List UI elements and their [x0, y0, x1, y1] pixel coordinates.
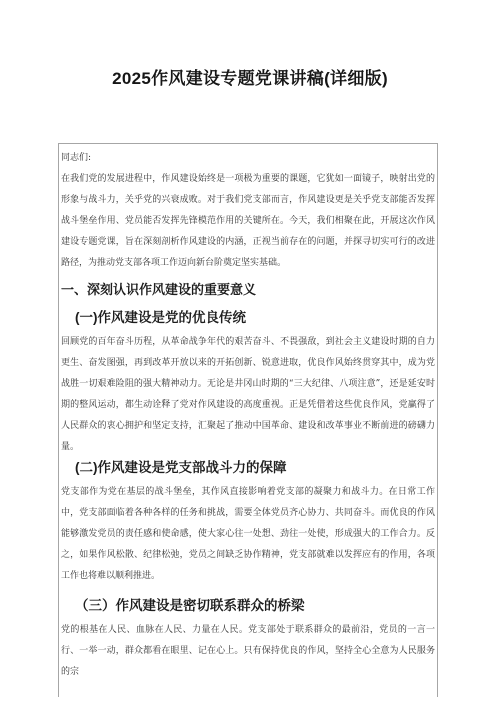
content-border-box: 同志们: 在我们党的发展进程中，作风建设始终是一项极为重要的课题，它犹如一面镜子… [58, 143, 438, 697]
subsection-heading-1-2: (二)作风建设是党支部战斗力的保障 [75, 460, 435, 476]
document-page: 2025作风建设专题党课讲稿(详细版) 同志们: 在我们党的发展进程中，作风建设… [0, 0, 500, 707]
subsection-heading-1-1: (一)作风建设是党的优良传统 [75, 310, 435, 326]
intro-paragraph: 在我们党的发展进程中，作风建设始终是一项极为重要的课题，它犹如一面镜子，映射出党… [61, 169, 435, 274]
section-heading-1: 一、深刻认识作风建设的重要意义 [61, 282, 435, 298]
subsection-body-1-3: 党的根基在人民、血脉在人民、力量在人民。党支部处于联系群众的最前沿，党员的一言一… [61, 620, 435, 683]
salutation: 同志们: [61, 148, 435, 169]
subsection-body-1-2: 党支部作为党在基层的战斗堡垒，其作风直接影响着党支部的凝聚力和战斗力。在日常工作… [61, 482, 435, 587]
subsection-heading-1-3: （三）作风建设是密切联系群众的桥梁 [75, 598, 435, 614]
subsection-body-1-1: 回顾党的百年奋斗历程，从革命战争年代的艰苦奋斗、不畏强敌，到社会主义建设时期的自… [61, 332, 435, 458]
document-title: 2025作风建设专题党课讲稿(详细版) [0, 0, 500, 92]
